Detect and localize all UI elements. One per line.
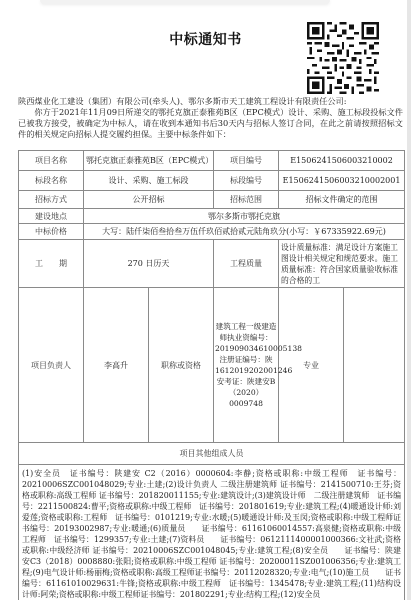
- duration-value: 270 日历天: [84, 240, 214, 288]
- price-label: 中标价格: [19, 224, 84, 240]
- row-members-text: (1)安全员 证书编号：陕建安 C2（2016）0000604:李静;资格或职称…: [19, 465, 405, 600]
- manager-name: 李高升: [84, 288, 149, 443]
- addressee-line: 陕西煤业化工建设（集团）有限公司(牵头人)、鄂尔多斯市天工建筑工程设计有限责任公…: [18, 95, 403, 107]
- row-price: 中标价格 大写：陆仟柒佰叁拾叁万伍仟玖佰贰拾贰元陆角玖分(小写：￥6733592…: [19, 224, 405, 240]
- manager-certificate: 建筑工程一级建造师执业资编号：201909034610005138注册证编号：陕…: [214, 288, 279, 443]
- project-code-label: 项目编号: [214, 151, 279, 171]
- row-bid-method: 招标方式 公开招标 招标范围 招标文件确定的范围: [19, 191, 405, 209]
- row-project-name: 项目名称 鄂托克旗正泰雅苑B区（EPC模式） 项目编号 E15062415060…: [19, 151, 405, 171]
- row-location: 建设地点 鄂尔多斯市鄂托克旗: [19, 209, 405, 224]
- project-name-value: 鄂托克旗正泰雅苑B区（EPC模式）: [84, 151, 214, 171]
- row-section-name: 标段名称 设计、采购、施工标段 标段编号 E150624150600321000…: [19, 171, 405, 191]
- quality-label: 工程质量: [214, 240, 279, 288]
- qr-code-icon: [307, 22, 379, 94]
- viewer-top-edge: [40, 0, 330, 4]
- bid-conditions-table: 项目名称 鄂托克旗正泰雅苑B区（EPC模式） 项目编号 E15062415060…: [18, 150, 405, 600]
- bid-scope-label: 招标范围: [214, 191, 279, 209]
- members-text: (1)安全员 证书编号：陕建安 C2（2016）0000604:李静;资格或职称…: [19, 465, 405, 600]
- vertical-scrollbar[interactable]: [407, 0, 411, 600]
- quality-value: 设计质量标准：满足设计方案施工图设计相关规定和规范要求。施工质量标准：符合国家质…: [279, 240, 405, 288]
- row-duration: 工 期 270 日历天 工程质量 设计质量标准：满足设计方案施工图设计相关规定和…: [19, 240, 405, 288]
- specialty-label: 专业: [279, 288, 344, 443]
- row-manager: 项目负责人 李高升 职称或资格 建筑工程一级建造师执业资编号：201909034…: [19, 288, 405, 443]
- section-name-value: 设计、采购、施工标段: [84, 171, 214, 191]
- section-code-value: E1506241506003210002001: [279, 171, 405, 191]
- location-label: 建设地点: [19, 209, 84, 224]
- section-code-label: 标段编号: [214, 171, 279, 191]
- manager-label: 项目负责人: [19, 288, 84, 443]
- title-qualification-label: 职称或资格: [149, 288, 214, 443]
- bid-method-label: 招标方式: [19, 191, 84, 209]
- row-members-header: 项目其他组成人员: [19, 443, 405, 465]
- project-name-label: 项目名称: [19, 151, 84, 171]
- members-label: 项目其他组成人员: [19, 443, 405, 465]
- specialty-value: [344, 288, 405, 443]
- bid-scope-value: 招标文件确定的范围: [279, 191, 405, 209]
- price-value: 大写：陆仟柒佰叁拾叁万伍仟玖佰贰拾贰元陆角玖分(小写：￥67335922.69元…: [84, 224, 405, 240]
- bid-method-value: 公开招标: [84, 191, 214, 209]
- notice-body: 你方于2021年11月09日所递交的鄂托克旗正泰雅苑B区（EPC模式）设计、采购…: [18, 107, 403, 140]
- project-code-value: E1506241506003210002: [279, 151, 405, 171]
- location-value: 鄂尔多斯市鄂托克旗: [84, 209, 405, 224]
- section-name-label: 标段名称: [19, 171, 84, 191]
- duration-label: 工 期: [19, 240, 84, 288]
